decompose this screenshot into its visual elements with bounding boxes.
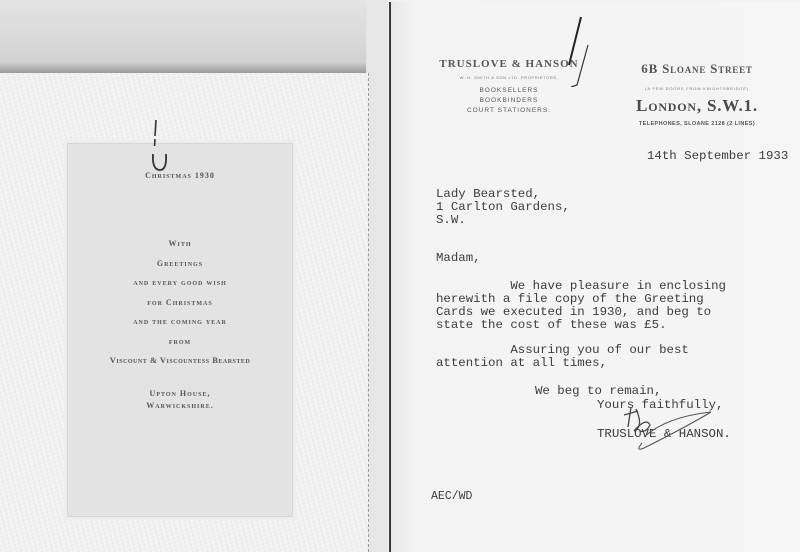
greeting-card: Christmas 1930 With Greetings and every … [0,73,369,552]
salutation: Madam, [436,252,481,265]
card-message: With Greetings and every good wish for C… [67,234,293,371]
letterhead-city: London, S.W.1. [613,96,781,116]
card-message-line: With [67,234,293,254]
paragraph-2: Assuring you of our bestattention at all… [436,344,689,370]
letterhead-service: COURT STATIONERS. [429,106,589,116]
letterhead-left: TRUSLOVE & HANSON W. H. SMITH & SON LTD.… [429,58,589,116]
letter-date: 14th September 1933 [647,150,788,163]
card-address: Upton House, Warwickshire. [67,388,293,412]
recipient-address: Lady Bearsted,1 Carlton Gardens,S.W. [436,188,570,227]
card-message-line: Greetings [67,254,293,274]
card-message-line: and every good wish [67,273,293,293]
paragraph-line: attention at all times, [436,357,689,370]
card-message-line: from [67,332,293,352]
letter: TRUSLOVE & HANSON W. H. SMITH & SON LTD.… [389,2,800,552]
reference-initials: AEC/WD [431,490,472,503]
background-surface [0,0,372,73]
handwritten-signature-icon [616,397,726,457]
paragraph-1: We have pleasure in enclosingherewith a … [436,280,726,332]
letterhead-telephone: TELEPHONES, SLOANE 2128 (2 LINES) [613,121,781,127]
card-message-line: and the coming year [67,312,293,332]
letterhead-proprietors: W. H. SMITH & SON LTD. PROPRIETORS. [429,75,589,80]
letterhead-street-note: (A FEW DOORS FROM KNIGHTSBRIDGE) [613,86,781,91]
background-gap [366,0,388,552]
card-from-name: Viscount & Viscountess Bearsted [67,351,293,371]
letterhead-firm-name: TRUSLOVE & HANSON [429,58,589,70]
card-insert: Christmas 1930 With Greetings and every … [67,143,293,517]
card-address-line: Warwickshire. [67,400,293,412]
letterhead-street: 6B Sloane Street [613,61,781,77]
letterhead-service: BOOKBINDERS [429,96,589,106]
letterhead-right: 6B Sloane Street (A FEW DOORS FROM KNIGH… [613,61,781,127]
paperclip-mark-icon [150,118,170,173]
letterhead-service: BOOKSELLERS [429,86,589,96]
card-title: Christmas 1930 [67,171,293,180]
card-address-line: Upton House, [67,388,293,400]
paragraph-line: state the cost of these was £5. [436,319,726,332]
card-message-line: for Christmas [67,293,293,313]
recipient-line: S.W. [436,214,570,227]
